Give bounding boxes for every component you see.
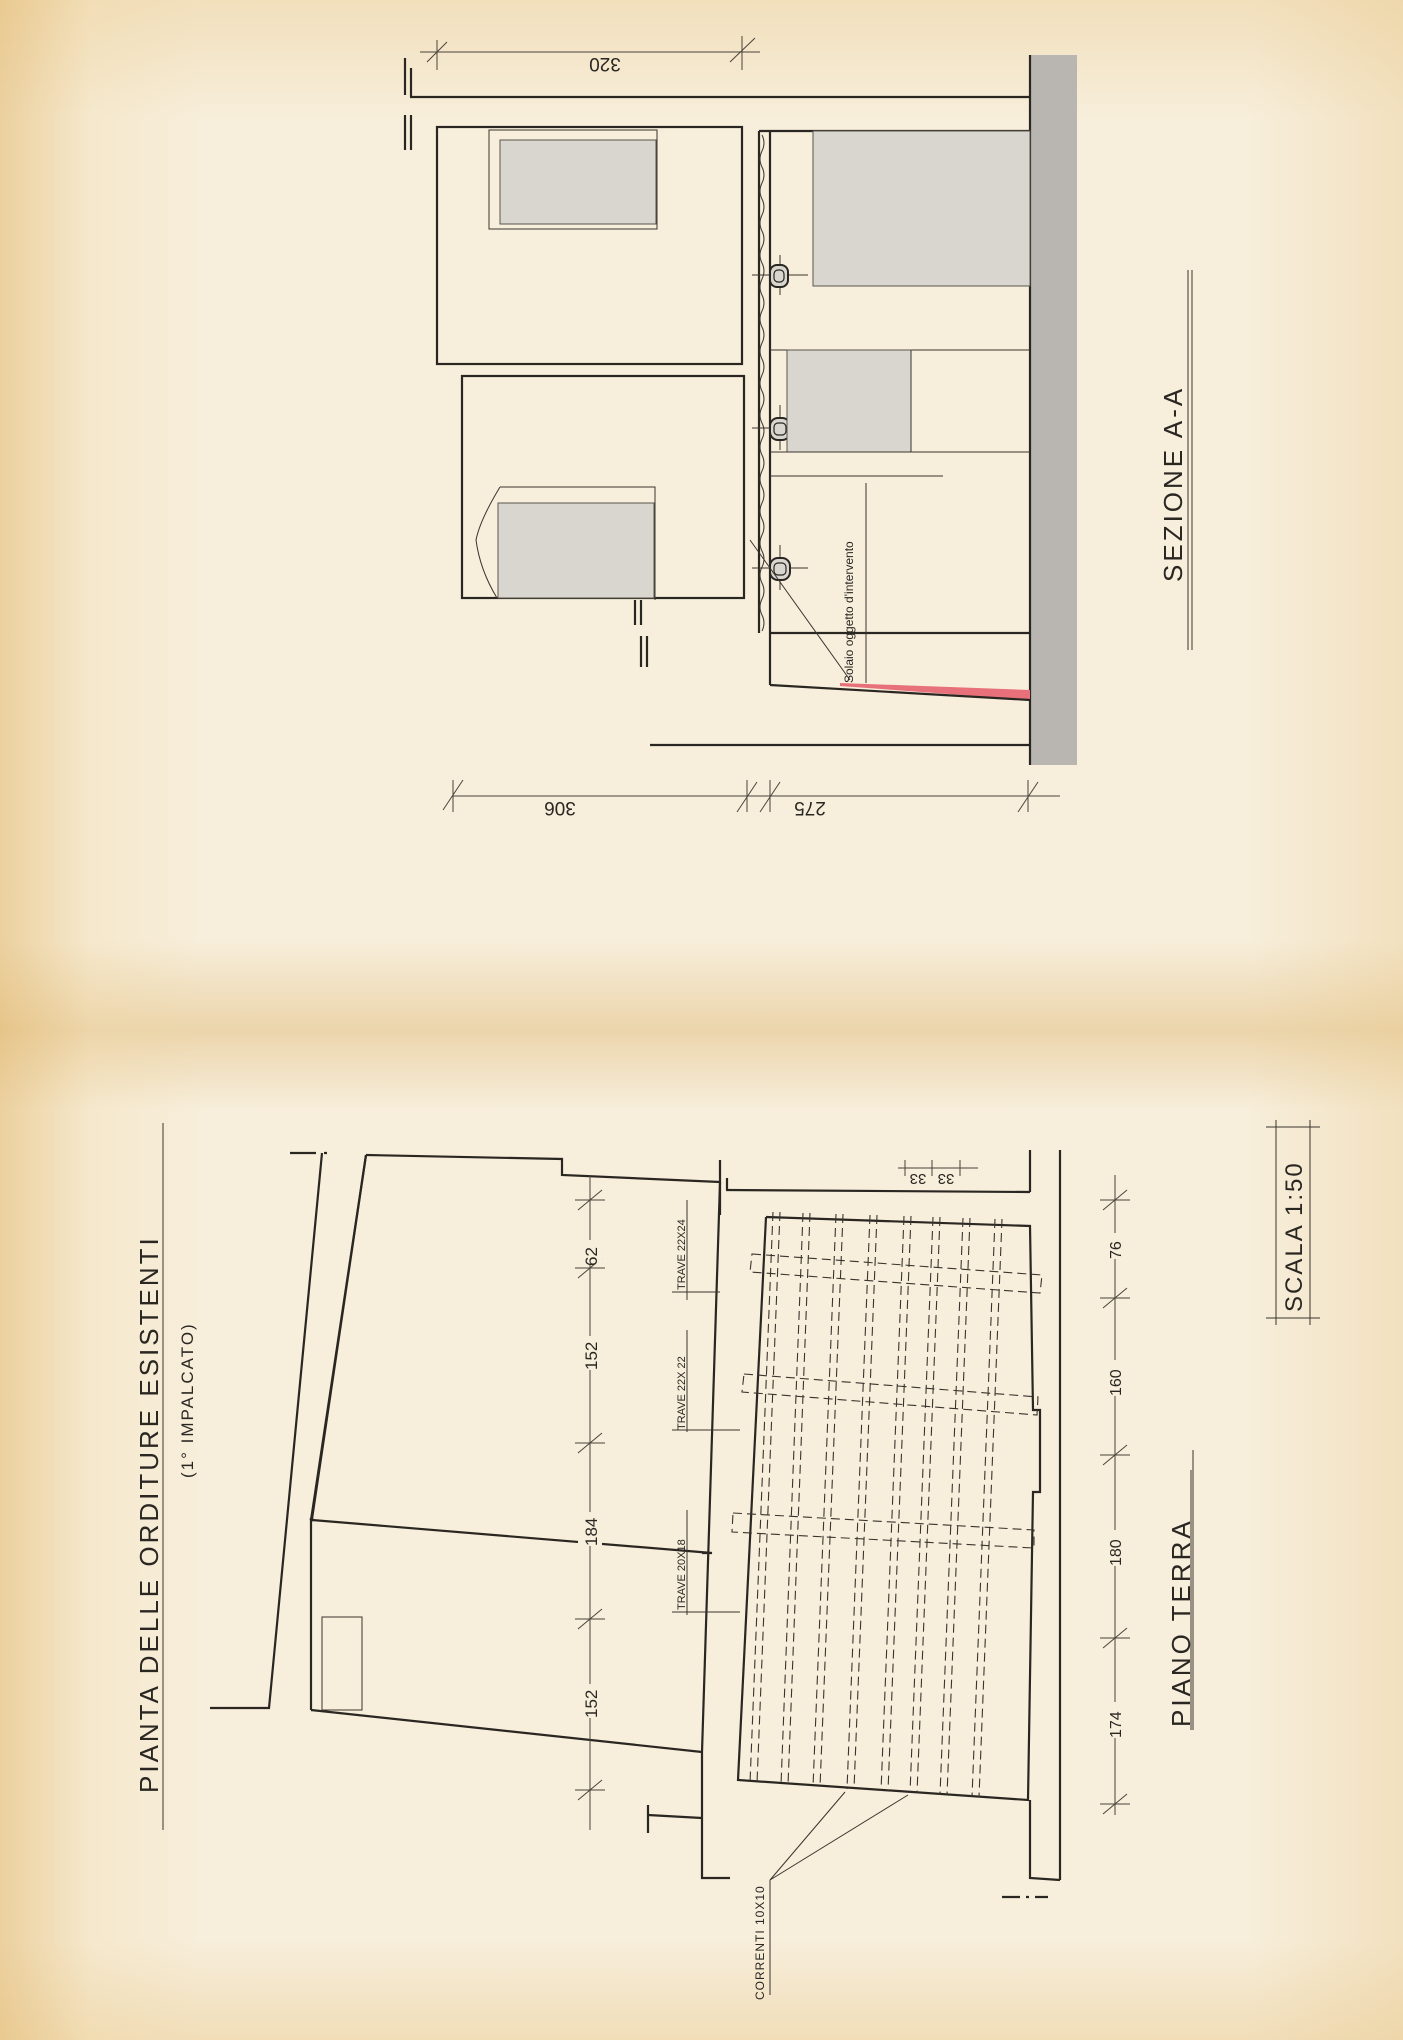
dim-label-306: 306 — [544, 797, 576, 818]
plan-title: PIANTA DELLE ORDITURE ESISTENTI — [134, 1235, 164, 1793]
dimension-chain-top: 62 152 184 152 — [575, 1176, 605, 1830]
dimension-320: 320 — [420, 36, 760, 74]
section-window-1 — [500, 140, 656, 224]
plan-outer-wall-left — [210, 1153, 322, 1708]
drawing-canvas: 320 — [0, 0, 1403, 2040]
dim-label-33b: 33 — [938, 1170, 955, 1187]
section-title: SEZIONE A-A — [1158, 386, 1188, 582]
scale-box: SCALA 1:50 — [1266, 1120, 1320, 1325]
dim-label-33a: 33 — [910, 1170, 927, 1187]
dim-label-275: 275 — [794, 797, 826, 818]
section-a-a: 320 — [405, 36, 1192, 818]
dim-label-184: 184 — [582, 1518, 601, 1546]
dim-label-152a: 152 — [582, 1342, 601, 1370]
dim-label-174: 174 — [1108, 1711, 1125, 1738]
joists-callout: CORRENTI 10X10 — [753, 1792, 908, 2000]
beam-label-22x24: TRAVE 22X24 — [676, 1219, 688, 1290]
plan-subtitle: (1° IMPALCATO) — [178, 1322, 197, 1478]
plan-joist-room — [720, 1150, 1042, 1800]
section-wall-band — [1030, 55, 1077, 765]
floor-plan: PIANTA DELLE ORDITURE ESISTENTI (1° IMPA… — [134, 1120, 1320, 2000]
plan-beam-22x22 — [742, 1374, 1038, 1415]
dim-label-180: 180 — [1108, 1539, 1125, 1566]
joists-label: CORRENTI 10X10 — [753, 1885, 767, 2000]
beam-section-3 — [752, 545, 808, 590]
section-window-2 — [498, 503, 654, 598]
dim-label-76: 76 — [1108, 1241, 1125, 1259]
section-window-3 — [813, 131, 1030, 286]
floor-note-label: Solaio oggetto d'intervento — [842, 541, 856, 683]
plan-beam-22x24 — [750, 1254, 1042, 1293]
drawing-sheet: 320 — [0, 0, 1403, 2040]
beam-label-22x22: TRAVE 22X 22 — [676, 1356, 688, 1430]
dimension-306-275: 306 275 — [443, 780, 1060, 818]
beam-label-20x18: TRAVE 20X18 — [676, 1539, 688, 1610]
dim-label-320: 320 — [589, 53, 621, 74]
dim-label-160: 160 — [1108, 1369, 1125, 1396]
dim-label-152b: 152 — [582, 1690, 601, 1718]
plan-wall-bottom — [311, 1710, 702, 1752]
dimension-33-33: 33 33 — [898, 1160, 978, 1187]
scale-label: SCALA 1:50 — [1281, 1161, 1308, 1312]
section-window-4 — [787, 350, 911, 452]
dim-label-62: 62 — [582, 1247, 601, 1266]
dimension-chain-bottom: 76 160 180 174 — [1100, 1175, 1130, 1815]
